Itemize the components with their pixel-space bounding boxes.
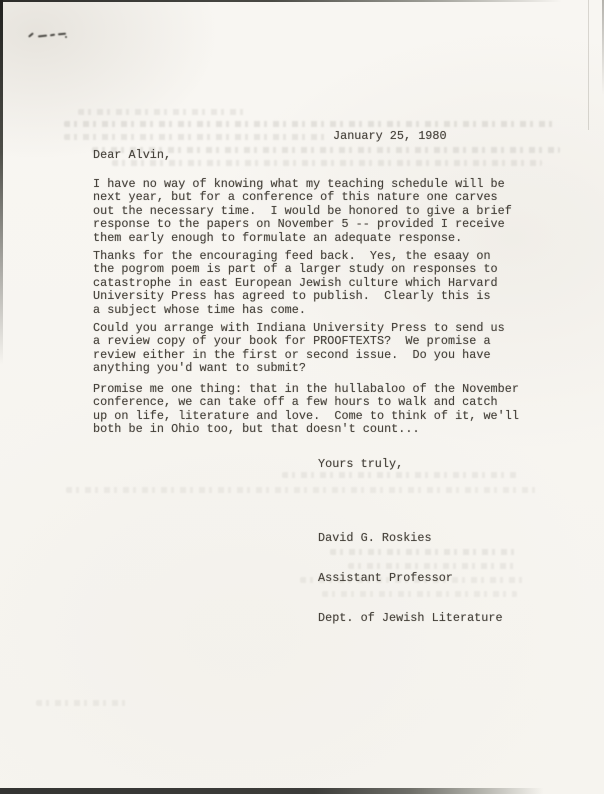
pencil-stroke bbox=[50, 34, 55, 37]
scan-edge-bottom bbox=[0, 788, 604, 794]
signature-dept: Dept. of Jewish Literature bbox=[318, 612, 503, 625]
scan-edge-top bbox=[0, 0, 604, 2]
body-paragraph: Promise me one thing: that in the hullab… bbox=[93, 383, 519, 437]
date-line: January 25, 1980 bbox=[333, 130, 447, 143]
pencil-stroke bbox=[38, 35, 47, 38]
pencil-stroke bbox=[65, 36, 68, 38]
ghost-text-line bbox=[112, 160, 542, 166]
letter-page: January 25, 1980 Dear Alvin, I have no w… bbox=[0, 0, 604, 794]
body-paragraph: Could you arrange with Indiana Universit… bbox=[93, 322, 505, 376]
fold-line bbox=[588, 0, 589, 130]
signature-title: Assistant Professor bbox=[318, 572, 503, 585]
ghost-text-line bbox=[66, 487, 536, 493]
pencil-stroke bbox=[28, 32, 34, 38]
body-paragraph: I have no way of knowing what my teachin… bbox=[93, 178, 512, 245]
closing: Yours truly, bbox=[318, 458, 403, 471]
ghost-text-line bbox=[78, 109, 248, 115]
signature-name: David G. Roskies bbox=[318, 532, 503, 545]
scan-edge-left bbox=[0, 0, 3, 380]
ghost-text-line bbox=[64, 121, 556, 127]
ghost-text-line bbox=[282, 472, 517, 478]
signature-block: David G. Roskies Assistant Professor Dep… bbox=[318, 505, 503, 652]
salutation: Dear Alvin, bbox=[93, 149, 171, 162]
body-paragraph: Thanks for the encouraging feed back. Ye… bbox=[93, 250, 498, 317]
ghost-text-line bbox=[36, 700, 131, 706]
ghost-text-line bbox=[64, 134, 326, 140]
